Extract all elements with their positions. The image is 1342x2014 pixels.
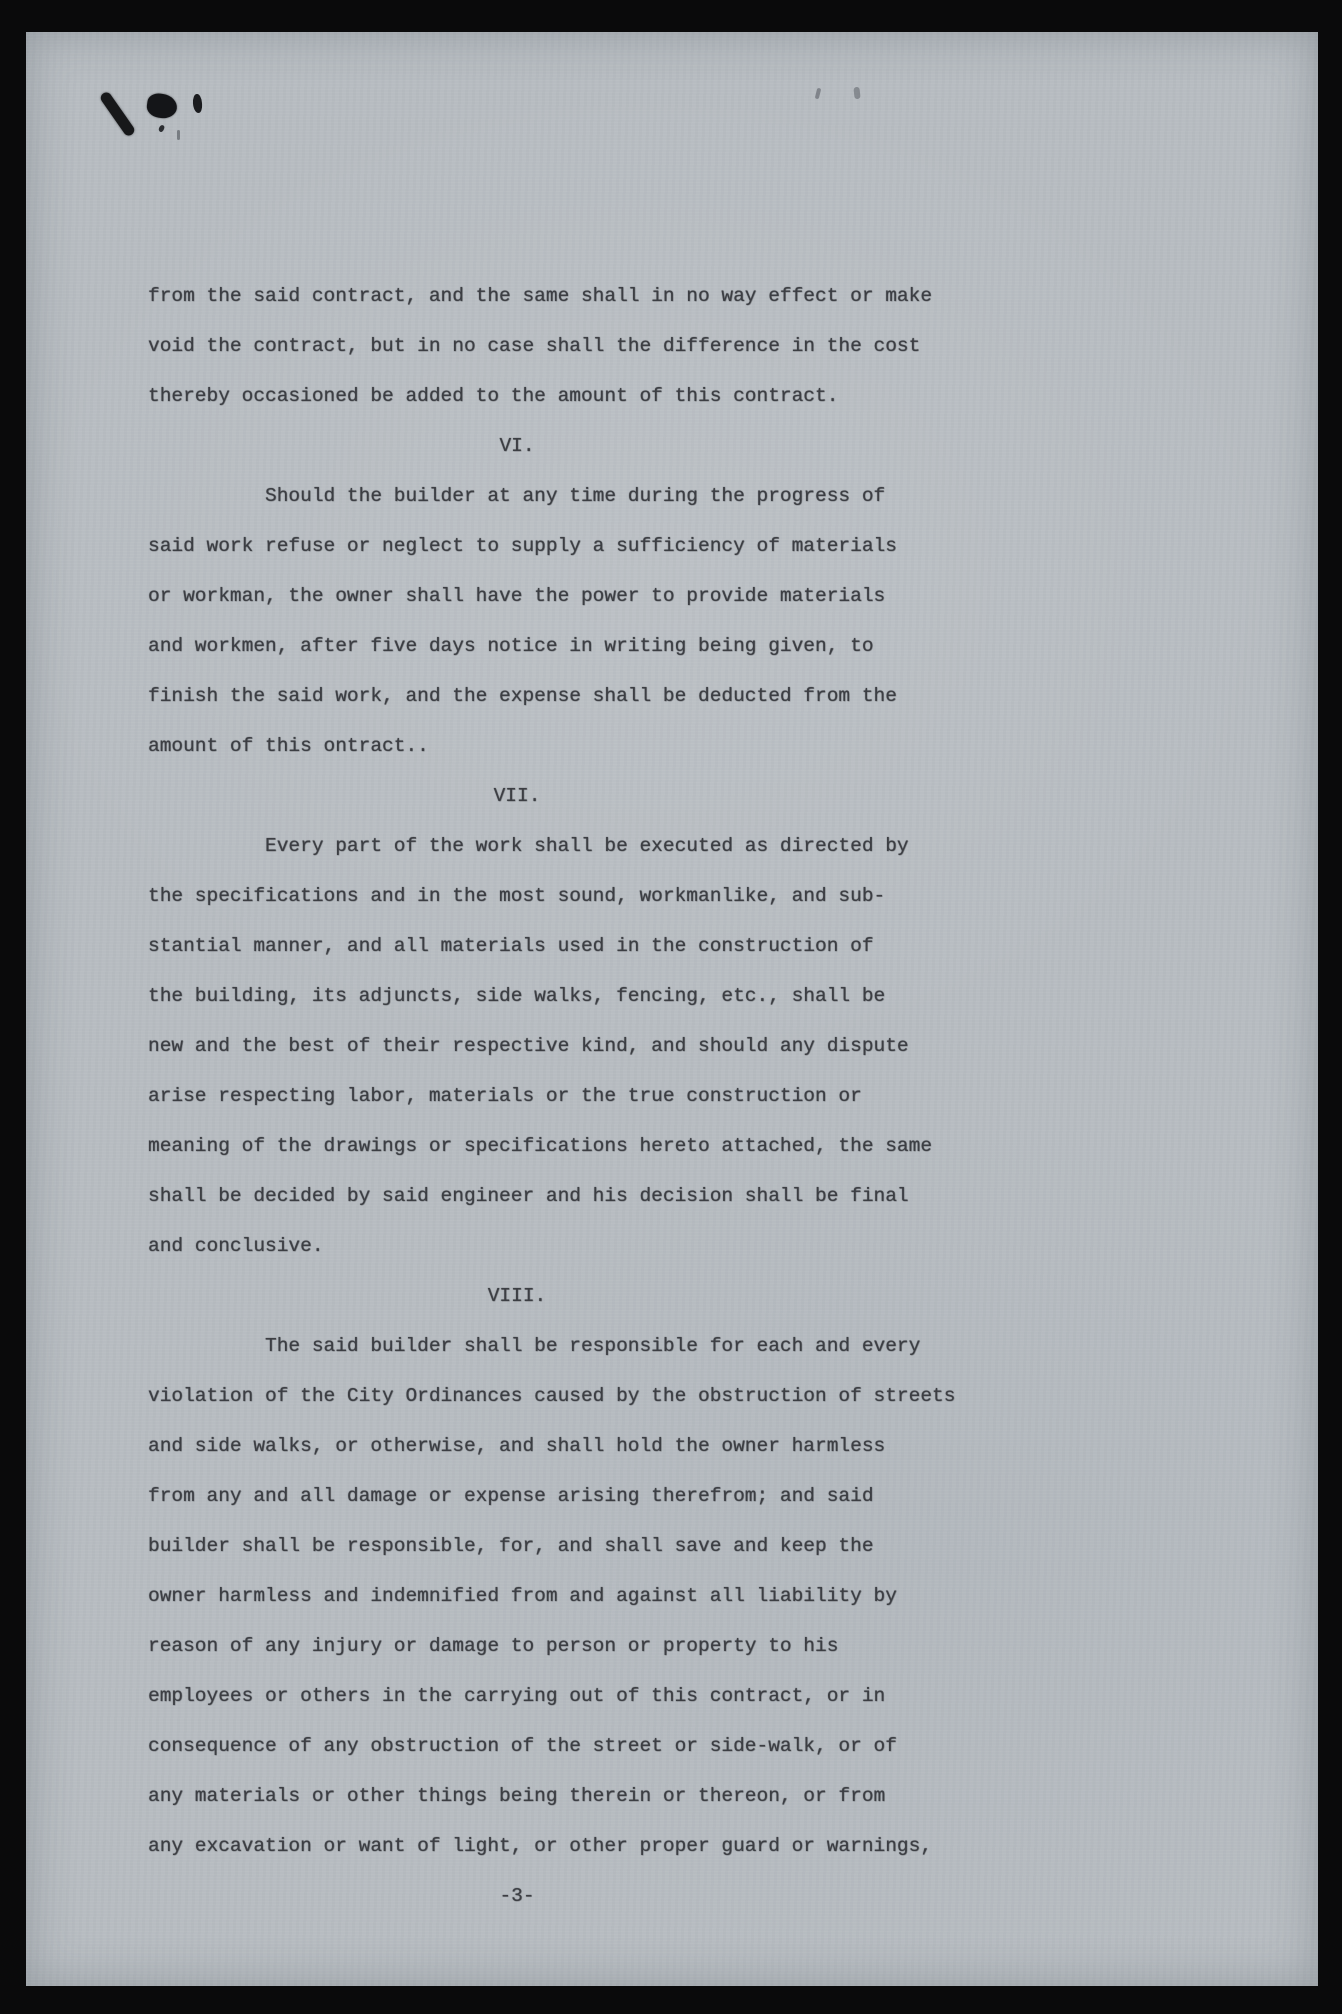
text-line: and workmen, after five days notice in w… (148, 621, 978, 671)
text-line: arise respecting labor, materials or the… (148, 1071, 978, 1121)
text-line: from the said contract, and the same sha… (148, 271, 978, 321)
document-body: from the said contract, and the same sha… (148, 271, 978, 1921)
ink-stroke-mark (99, 90, 137, 137)
text-line: stantial manner, and all materials used … (148, 921, 978, 971)
text-line: meaning of the drawings or specification… (148, 1121, 978, 1171)
faint-mark-left (815, 88, 822, 100)
ink-speck-mark (158, 124, 165, 132)
text-line: any materials or other things being ther… (148, 1771, 978, 1821)
text-line: Every part of the work shall be executed… (148, 821, 978, 871)
text-line: from any and all damage or expense arisi… (148, 1471, 978, 1521)
text-line: the specifications and in the most sound… (148, 871, 978, 921)
text-line: the building, its adjuncts, side walks, … (148, 971, 978, 1021)
page-number: -3- (148, 1871, 886, 1921)
ink-blob-mark (145, 92, 178, 120)
text-line: consequence of any obstruction of the st… (148, 1721, 978, 1771)
text-line: violation of the City Ordinances caused … (148, 1371, 978, 1421)
text-line: The said builder shall be responsible fo… (148, 1321, 978, 1371)
text-line: owner harmless and indemnified from and … (148, 1571, 978, 1621)
section-heading: VIII. (148, 1271, 886, 1321)
scanned-document: from the said contract, and the same sha… (0, 0, 1342, 2014)
text-line: thereby occasioned be added to the amoun… (148, 371, 978, 421)
text-line: employees or others in the carrying out … (148, 1671, 978, 1721)
section-heading: VI. (148, 421, 886, 471)
section-heading: VII. (148, 771, 886, 821)
text-line: and side walks, or otherwise, and shall … (148, 1421, 978, 1471)
text-line: builder shall be responsible, for, and s… (148, 1521, 978, 1571)
faint-mark-right (853, 87, 860, 100)
ink-small-speck-mark (177, 130, 180, 140)
text-line: Should the builder at any time during th… (148, 471, 978, 521)
ink-dot-mark (192, 94, 202, 114)
text-line: said work refuse or neglect to supply a … (148, 521, 978, 571)
text-line: finish the said work, and the expense sh… (148, 671, 978, 721)
text-line: new and the best of their respective kin… (148, 1021, 978, 1071)
text-line: amount of this ontract.. (148, 721, 978, 771)
text-line: void the contract, but in no case shall … (148, 321, 978, 371)
text-line: reason of any injury or damage to person… (148, 1621, 978, 1671)
text-line: and conclusive. (148, 1221, 978, 1271)
text-line: shall be decided by said engineer and hi… (148, 1171, 978, 1221)
text-line: or workman, the owner shall have the pow… (148, 571, 978, 621)
document-page: from the said contract, and the same sha… (26, 32, 1318, 1986)
text-line: any excavation or want of light, or othe… (148, 1821, 978, 1871)
